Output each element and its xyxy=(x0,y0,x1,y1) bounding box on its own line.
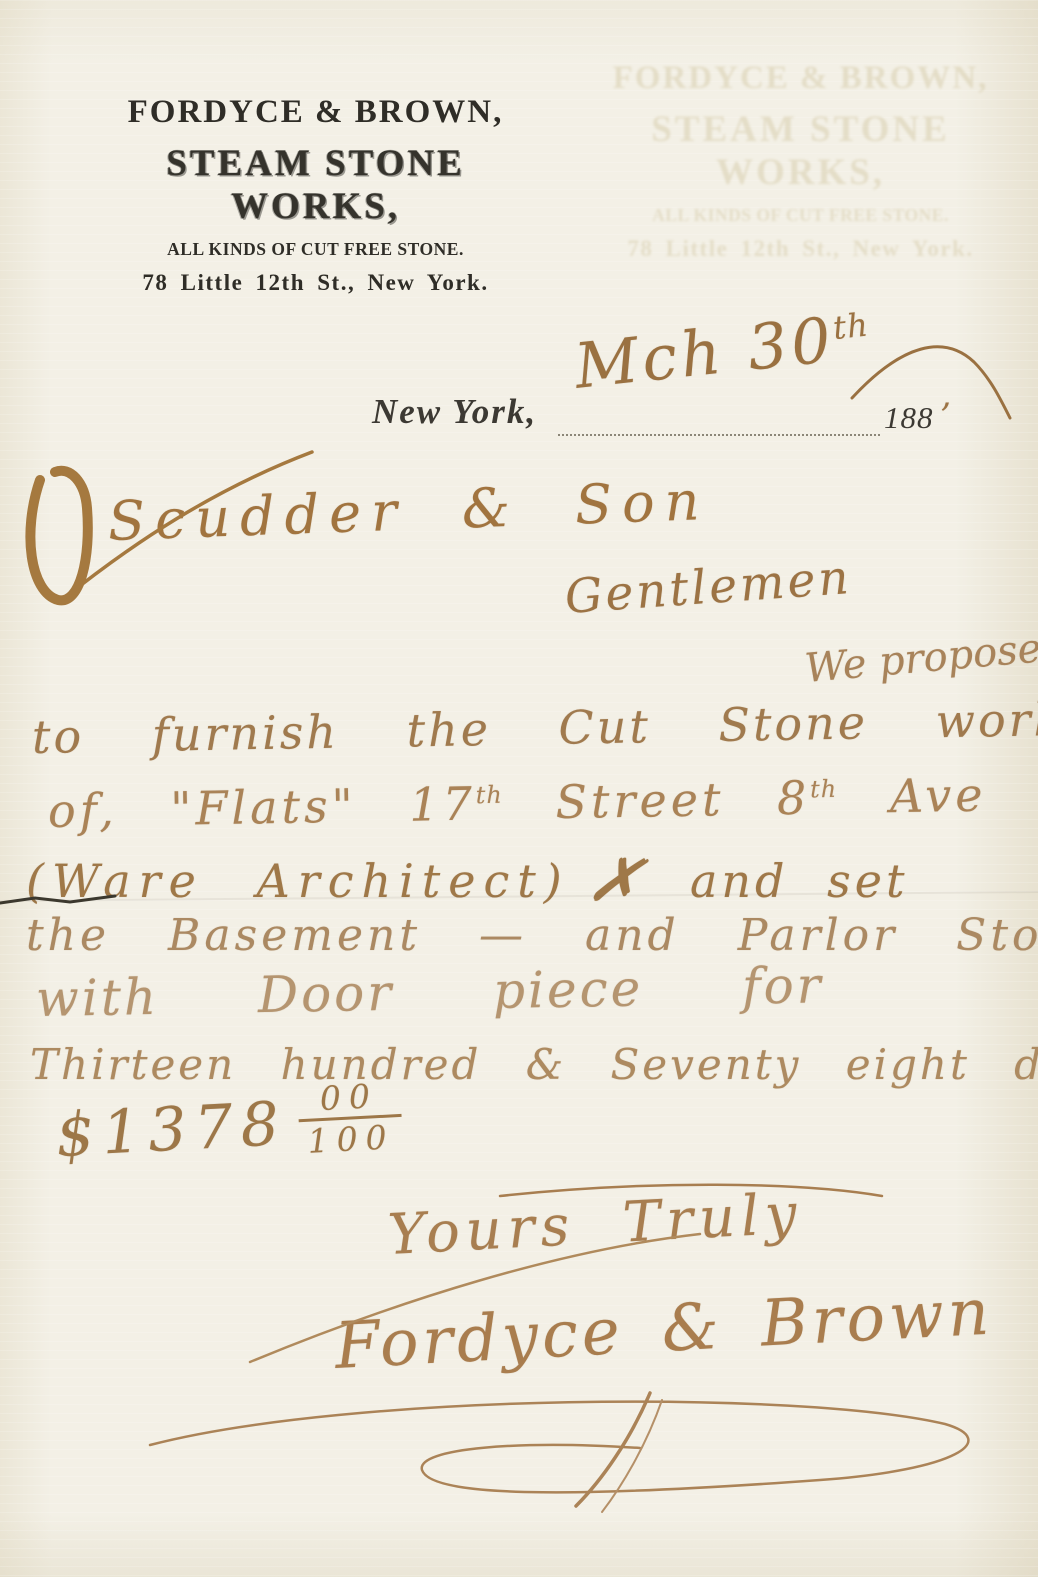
amount-figure: $137800100 xyxy=(54,1078,403,1171)
greeting: Gentlemen xyxy=(563,550,853,625)
handwritten-date: Mch 30th xyxy=(571,299,873,403)
cents-denominator: 100 xyxy=(298,1114,403,1158)
line-basement: the Basement — and Parlor Story. xyxy=(26,910,1038,961)
letterhead-ghost: FORDYCE & BROWN, STEAM STONE WORKS, ALL … xyxy=(568,60,1033,262)
handwritten-month-day: Mch 30 xyxy=(571,303,838,403)
handwritten-year-mark: ’ xyxy=(940,396,951,436)
tagline: ALL KINDS OF CUT FREE STONE. xyxy=(78,239,553,260)
ghost-tagline: ALL KINDS OF CUT FREE STONE. xyxy=(568,205,1033,226)
flats-sup1: th xyxy=(475,781,503,809)
line-flats: of, "Flats" 17th Street 8th Ave xyxy=(48,768,987,838)
printed-place: New York, xyxy=(372,392,537,432)
printed-year: 188 xyxy=(884,400,934,436)
closing-phrase: Yours Truly xyxy=(386,1181,804,1268)
signature-underflourish xyxy=(150,1402,968,1493)
company-name: FORDYCE & BROWN, xyxy=(78,94,553,131)
salutation: Scudder & Son xyxy=(107,469,710,553)
works-name: STEAM STONE WORKS, xyxy=(78,142,553,228)
line-door-piece: with Door piece for xyxy=(35,956,824,1028)
line-furnish: to furnish the Cut Stone work xyxy=(32,692,1038,764)
flats-sup2: th xyxy=(810,775,838,803)
amount-cents-fraction: 00100 xyxy=(297,1078,404,1158)
letter-scan: FORDYCE & BROWN, STEAM STONE WORKS, ALL … xyxy=(0,0,1038,1577)
signature-diagonal-stroke xyxy=(576,1393,650,1506)
address: 78 Little 12th St., New York. xyxy=(78,270,553,296)
flats-part3: Ave xyxy=(837,768,987,825)
day-suffix: th xyxy=(831,306,870,348)
opening-phrase: We propose xyxy=(803,625,1038,691)
amount-dollars: $1378 xyxy=(54,1089,288,1171)
line-amount-words: Thirteen hundred & Seventy eight dolls xyxy=(30,1040,1038,1089)
ghost-company-name: FORDYCE & BROWN, xyxy=(568,60,1033,97)
flats-part1: of, "Flats" 17 xyxy=(48,777,477,838)
signature-diagonal-stroke-2 xyxy=(602,1400,662,1512)
date-dotted-line xyxy=(558,404,880,436)
ghost-address: 78 Little 12th St., New York. xyxy=(568,236,1033,262)
line-architect: (Ware Architect) xyxy=(26,854,570,908)
check-flourish-stroke xyxy=(30,471,87,601)
line-and-set: and set xyxy=(690,854,908,908)
signature: Fordyce & Brown xyxy=(333,1276,995,1384)
letterhead: FORDYCE & BROWN, STEAM STONE WORKS, ALL … xyxy=(78,94,553,296)
cents-numerator: 00 xyxy=(297,1078,402,1119)
flats-part2: Street 8 xyxy=(502,771,810,830)
ghost-works-name: STEAM STONE WORKS, xyxy=(568,108,1033,194)
